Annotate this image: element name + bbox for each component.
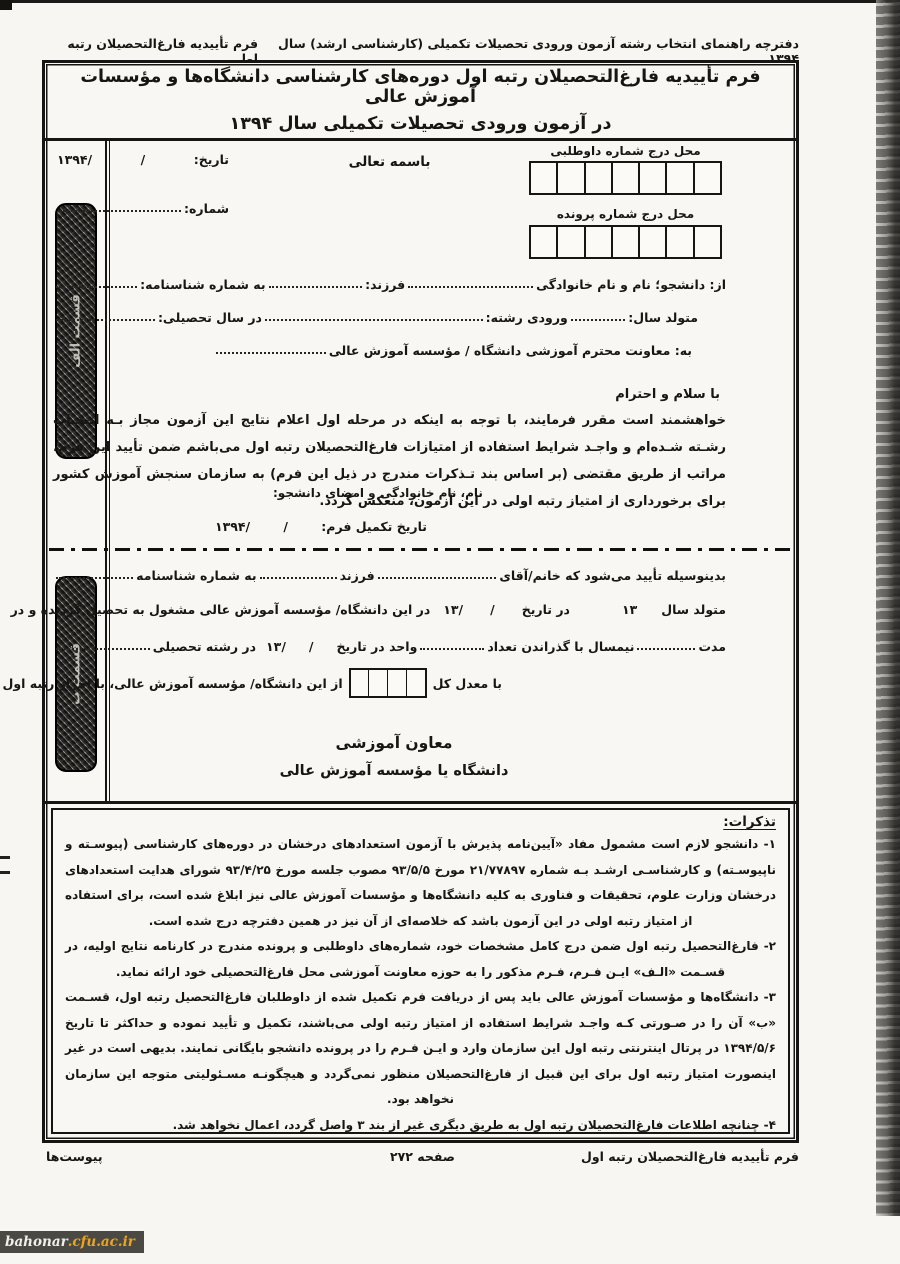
scan-corner-artifact: [0, 0, 12, 10]
number-cell: [638, 227, 665, 257]
note-item: ۱- دانشجو لازم است مشمول مفاد «آیین‌نامه…: [65, 832, 776, 934]
date-label: تاریخ:: [194, 152, 229, 167]
number-cell: [406, 670, 425, 696]
number-cell: [665, 227, 692, 257]
birth-label: متولد سال:: [628, 310, 698, 325]
file-number-boxes: [529, 225, 722, 259]
duration-label: مدت: [698, 639, 726, 654]
to-blank: [216, 352, 326, 354]
date-slash: /: [141, 152, 146, 167]
grad-date-year-prefix: /۱۳: [266, 639, 286, 654]
born-date-year-prefix: /۱۳: [443, 602, 463, 617]
to-row: به: معاونت محترم آموزشی دانشگاه / مؤسسه …: [213, 343, 692, 358]
id-blank: [56, 286, 137, 288]
watermark-text-part1: bahonar: [5, 1234, 68, 1250]
scan-top-edge-artifact: [0, 0, 900, 3]
form-date-year: /۱۳۹۴: [215, 519, 250, 534]
birth-row: متولد سال: ورودی رشته: در سال تحصیلی:: [53, 310, 698, 325]
gpa-boxes: [349, 668, 427, 698]
confirm-id-label: به شماره شناسنامه: [136, 568, 256, 583]
enrolled-text: در این دانشگاه/ مؤسسه آموزش عالی مشغول ب…: [11, 602, 431, 617]
form-title-line1: فرم تأییدیه فارغ‌التحصیلان رتبه اول دوره…: [59, 67, 782, 107]
number-cell: [368, 670, 387, 696]
semesters-label: نیمسال با گذراندن تعداد: [487, 639, 634, 654]
form-title-block: فرم تأییدیه فارغ‌التحصیلان رتبه اول دوره…: [45, 63, 796, 141]
form-title-line2: در آزمون ورودی تحصیلات تکمیلی سال ۱۳۹۴: [230, 114, 612, 134]
entry-blank: [265, 319, 483, 321]
number-cell: [387, 670, 406, 696]
date-row: تاریخ: / /۱۳۹۴: [57, 152, 229, 167]
watermark-site-badge: bahonar.cfu.ac.ir: [0, 1231, 144, 1253]
entry-label: ورودی رشته:: [486, 310, 568, 325]
number-blank: [60, 210, 181, 212]
form-main-area: محل درج شماره داوطلبی باسمه تعالی تاریخ:…: [45, 141, 734, 801]
graduated-text: از این دانشگاه/ مؤسسه آموزش عالی، با احر…: [0, 676, 343, 691]
note-item: ۳- دانشگاه‌ها و مؤسسات آموزش عالی باید پ…: [65, 985, 776, 1113]
number-row: شماره:: [57, 201, 229, 216]
file-number-label: محل درج شماره پرونده: [529, 207, 722, 221]
footer-attachments-label: پیوست‌ها: [46, 1149, 297, 1164]
born-label: متولد سال: [661, 602, 726, 617]
notes-border-box: تذکرات: ۱- دانشجو لازم است مشمول مفاد «آ…: [51, 808, 790, 1134]
born-year-prefix: ۱۳: [622, 602, 637, 617]
number-cell: [693, 227, 720, 257]
student-signature-label: نام، نام خانوادگی و امضای دانشجو:: [273, 486, 483, 500]
number-cell: [531, 227, 556, 257]
number-cell: [584, 227, 611, 257]
number-cell: [351, 670, 369, 696]
child-label: فرزند:: [365, 277, 405, 292]
number-cell: [556, 227, 583, 257]
scan-binding-strip: [876, 0, 900, 1216]
dean-title-line1: معاون آموزشی: [214, 729, 574, 757]
form-date-label: تاریخ تکمیل فرم:: [321, 519, 427, 534]
scan-left-mark: [0, 871, 10, 874]
field-label: در رشته تحصیلی: [153, 639, 256, 654]
notes-heading: تذکرات:: [65, 814, 776, 830]
footer-page-number: صفحه ۲۷۲: [297, 1149, 548, 1164]
form-date-slash: /: [283, 519, 288, 534]
id-label: به شماره شناسنامه:: [140, 277, 265, 292]
grad-date-slash: /: [309, 639, 314, 654]
date-year: /۱۳۹۴: [57, 152, 92, 167]
scan-left-mark: [0, 856, 10, 859]
child-blank: [269, 286, 363, 288]
year-label: در سال تحصیلی:: [158, 310, 262, 325]
confirm-row: بدینوسیله تأیید می‌شود که خانم/آقای فرزن…: [53, 568, 726, 583]
watermark-text-part2: .cfu.ac.ir: [68, 1234, 135, 1250]
field-blank: [56, 648, 150, 650]
name-blank: [408, 286, 533, 288]
born-date-slash1: /: [490, 602, 495, 617]
form-body: قسمت الف قسمت ب محل درج شماره داوطلبی با…: [45, 141, 796, 801]
page-footer: فرم تأییدیه فارغ‌التحصیلان رتبه اول صفحه…: [46, 1149, 799, 1164]
from-row: از: دانشجو؛ نام و نام خانوادگی فرزند: به…: [53, 277, 726, 292]
dean-title-line2: دانشگاه یا مؤسسه آموزش عالی: [214, 757, 574, 785]
confirm-name-blank: [378, 577, 497, 579]
salutation: با سلام و احترام: [615, 387, 720, 402]
born-row: متولد سال ۱۳ در تاریخ / /۱۳ در این دانشگ…: [53, 602, 726, 617]
form-outer-border: فرم تأییدیه فارغ‌التحصیلان رتبه اول دوره…: [42, 60, 799, 1143]
units-blank: [420, 648, 484, 650]
form-date-row: تاریخ تکمیل فرم: / /۱۳۹۴: [215, 519, 427, 534]
confirm-label: بدینوسیله تأیید می‌شود که خانم/آقای: [499, 568, 726, 583]
gpa-row: با معدل کل از این دانشگاه/ مؤسسه آموزش ع…: [53, 668, 502, 698]
footer-form-name: فرم تأییدیه فارغ‌التحصیلان رتبه اول: [548, 1149, 799, 1164]
on-date-label: در تاریخ: [522, 602, 570, 617]
to-label: به: معاونت محترم آموزشی دانشگاه / مؤسسه …: [329, 343, 692, 358]
notes-list: ۱- دانشجو لازم است مشمول مفاد «آیین‌نامه…: [65, 832, 776, 1134]
number-label: شماره:: [184, 201, 229, 216]
gpa-label: با معدل کل: [433, 676, 502, 691]
cut-dashed-line: [49, 548, 792, 551]
birth-blank: [571, 319, 625, 321]
confirm-child-blank: [260, 577, 337, 579]
note-item: ۲- فارغ‌التحصیل رتبه اول ضمن درج کامل مش…: [65, 934, 776, 985]
confirm-child-label: فرزند: [340, 568, 375, 583]
number-cell: [611, 227, 638, 257]
scanned-form-page: دفترچه راهنمای انتخاب رشته آزمون ورودی ت…: [0, 0, 900, 1264]
confirm-id-blank: [56, 577, 133, 579]
year-blank: [56, 319, 155, 321]
duration-blank: [637, 648, 695, 650]
dean-signature-block: معاون آموزشی دانشگاه یا مؤسسه آموزش عالی: [214, 729, 574, 785]
units-label: واحد در تاریخ: [336, 639, 417, 654]
notes-section: تذکرات: ۱- دانشجو لازم است مشمول مفاد «آ…: [45, 801, 796, 1140]
note-item: ۴- چنانچه اطلاعات فارغ‌التحصیلان رتبه او…: [65, 1113, 776, 1135]
duration-row: مدت نیمسال با گذراندن تعداد واحد در تاری…: [53, 639, 726, 654]
from-label: از: دانشجو؛ نام و نام خانوادگی: [536, 277, 726, 292]
